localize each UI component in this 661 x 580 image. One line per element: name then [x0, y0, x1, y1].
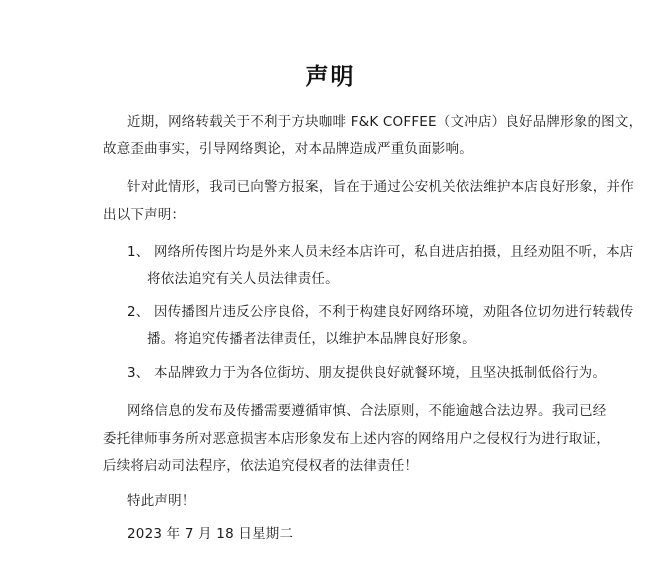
paragraph-3-line-3: 后续将启动司法程序，依法追究侵权者的法律责任！ — [103, 454, 418, 474]
item-2-line-2: 播。将追究传播者法律责任，以维护本品牌良好形象。 — [147, 327, 476, 347]
item-1-line-1: 1、 网络所传图片均是外来人员未经本店许可，私自进店拍摄，且经劝阻不听，本店 — [127, 240, 633, 260]
closing-statement: 特此声明！ — [127, 489, 196, 509]
document-date: 2023 年 7 月 18 日星期二 — [127, 522, 293, 542]
item-2-line-1: 2、 因传播图片违反公序良俗，不利于构建良好网络环境，劝阻各位切勿进行转载传 — [127, 300, 633, 320]
item-1-line-2: 将依法追究有关人员法律责任。 — [147, 267, 339, 287]
paragraph-2-line-2: 出以下声明： — [103, 203, 185, 223]
paragraph-1-line-1: 近期，网络转载关于不利于方块咖啡 F&K COFFEE（文冲店）良好品牌形象的图… — [127, 110, 642, 130]
paragraph-3-line-2: 委托律师事务所对恶意损害本店形象发布上述内容的网络用户之侵权行为进行取证， — [103, 427, 610, 447]
paragraph-3-line-1: 网络信息的发布及传播需要遵循审慎、合法原则，不能逾越合法边界。我司已经 — [127, 399, 607, 419]
paragraph-2-line-1: 针对此情形，我司已向警方报案，旨在于通过公安机关依法维护本店良好形象，并作 — [127, 175, 634, 195]
item-3-line-1: 3、 本品牌致力于为各位街坊、朋友提供良好就餐环境，且坚决抵制低俗行为。 — [127, 361, 606, 381]
paragraph-1-line-2: 故意歪曲事实，引导网络舆论，对本品牌造成严重负面影响。 — [103, 137, 473, 157]
document-title: 声明 — [0, 58, 661, 91]
